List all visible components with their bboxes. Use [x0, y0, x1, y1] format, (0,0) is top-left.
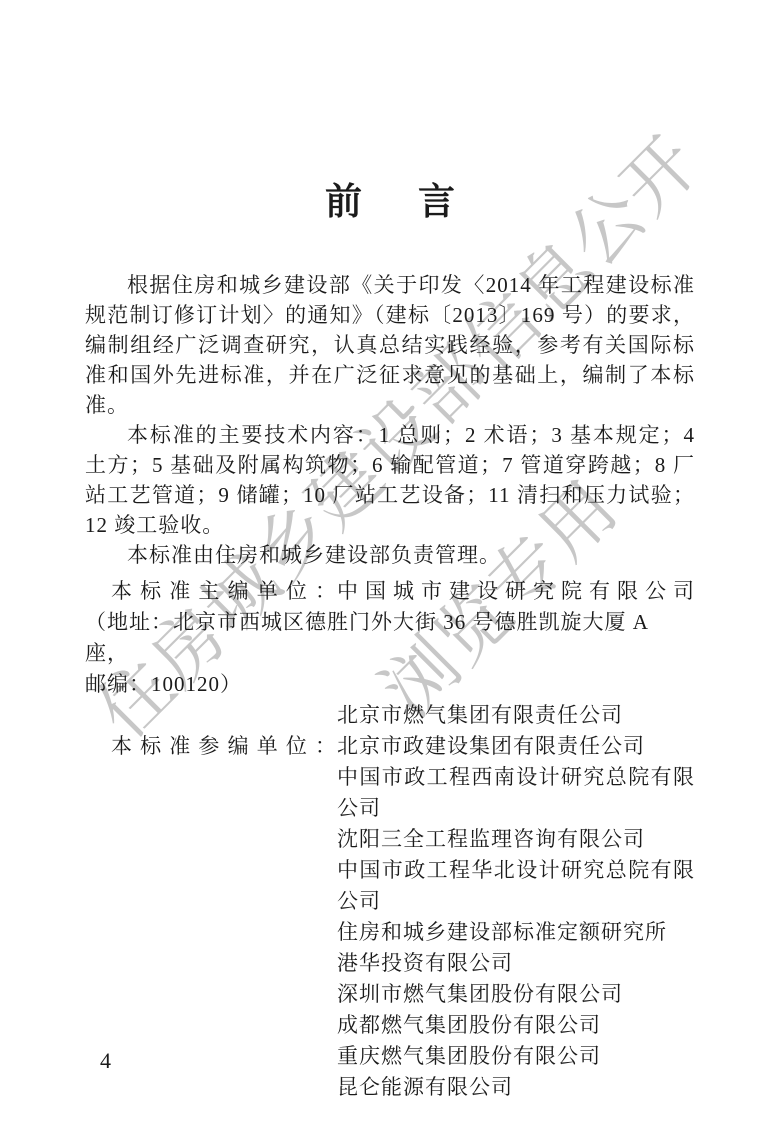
- participant-units: 北京市政建设集团有限责任公司中国市政工程西南设计研究总院有限公司沈阳三全工程监理…: [337, 731, 695, 1103]
- address-line-2: 邮编：100120）: [85, 669, 695, 700]
- chief-editor-name: 中国城市建设研究院有限公司: [337, 576, 695, 607]
- participant-unit: 港华投资有限公司: [337, 948, 695, 979]
- participant-unit: 中国市政工程华北设计研究总院有限公司: [337, 855, 695, 917]
- co-editor-unit: 北京市燃气集团有限责任公司: [337, 700, 695, 731]
- paragraph: 本标准由住房和城乡建设部负责管理。: [85, 540, 695, 570]
- address-line-1: （地址：北京市西城区德胜门外大街 36 号德胜凯旋大厦 A 座，: [85, 607, 695, 669]
- participant-unit: 昆仑能源有限公司: [337, 1072, 695, 1103]
- participant-unit: 北京市政建设集团有限责任公司: [337, 731, 695, 762]
- participant-unit: 成都燃气集团股份有限公司: [337, 1010, 695, 1041]
- participant-unit: 重庆燃气集团股份有限公司: [337, 1041, 695, 1072]
- chief-editor-label: 本标准主编单位：: [111, 576, 337, 607]
- preface-content: 前言 根据住房和城乡建设部《关于印发〈2014 年工程建设标准规范制订修订计划〉…: [0, 0, 775, 1103]
- paragraph: 本标准的主要技术内容：1 总则；2 术语；3 基本规定；4 土方；5 基础及附属…: [85, 420, 695, 540]
- preface-paragraphs: 根据住房和城乡建设部《关于印发〈2014 年工程建设标准规范制订修订计划〉的通知…: [85, 270, 695, 570]
- participant-unit: 住房和城乡建设部标准定额研究所: [337, 917, 695, 948]
- participant-unit: 中国市政工程西南设计研究总院有限公司: [337, 762, 695, 824]
- participants-row: 本标准参编单位： 北京市政建设集团有限责任公司中国市政工程西南设计研究总院有限公…: [111, 731, 695, 1103]
- label-spacer: [111, 700, 337, 731]
- chief-editor-line: 本标准主编单位： 中国城市建设研究院有限公司: [111, 576, 695, 607]
- title-char: 前: [325, 182, 362, 224]
- participant-unit: 深圳市燃气集团股份有限公司: [337, 979, 695, 1010]
- title-char: 言: [418, 182, 455, 224]
- participant-unit: 沈阳三全工程监理咨询有限公司: [337, 824, 695, 855]
- paragraph: 根据住房和城乡建设部《关于印发〈2014 年工程建设标准规范制订修订计划〉的通知…: [85, 270, 695, 420]
- page-number: 4: [100, 1048, 111, 1074]
- editor-units-section: 本标准主编单位： 中国城市建设研究院有限公司 （地址：北京市西城区德胜门外大街 …: [85, 576, 695, 1103]
- participants-label: 本标准参编单位：: [111, 731, 337, 1103]
- document-page: 住房城乡建设部信息公开 浏览专用 前言 根据住房和城乡建设部《关于印发〈2014…: [0, 0, 775, 1122]
- co-editor-row: 北京市燃气集团有限责任公司: [111, 700, 695, 731]
- page-title: 前言: [85, 182, 695, 224]
